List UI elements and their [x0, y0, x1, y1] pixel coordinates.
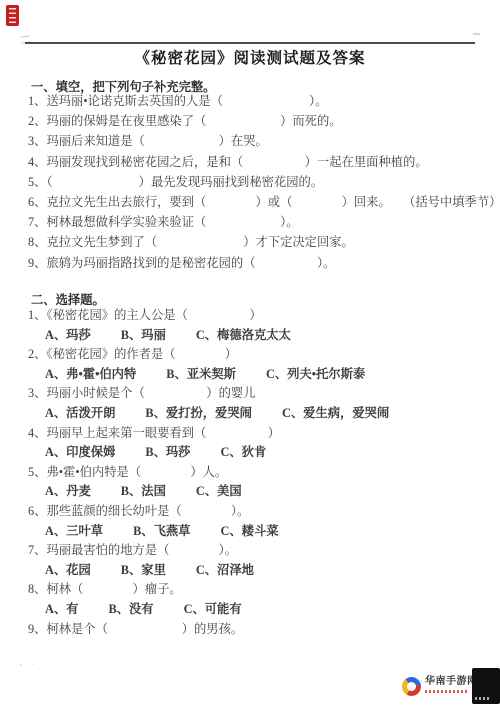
option: B、玛莎 [145, 445, 190, 459]
question-line: 7、玛丽最害怕的地方是（ ）。 [28, 541, 494, 561]
watermark: 华南手游网 [402, 676, 478, 696]
option: C、可能有 [184, 602, 242, 616]
option: C、耧斗菜 [220, 524, 278, 538]
option: A、丹麦 [45, 484, 91, 498]
option: C、爱生病，爱哭闹 [282, 406, 389, 420]
watermark-tagline [425, 690, 469, 693]
fill-item: 9、旅鸫为玛丽指路找到的是秘密花园的（ ）。 [28, 253, 494, 273]
top-rule [25, 42, 475, 44]
fill-item: 2、玛丽的保姆是在夜里感染了（ ）而死的。 [28, 111, 494, 131]
option: C、列夫•托尔斯泰 [266, 367, 365, 381]
option: A、活泼开朗 [45, 406, 115, 420]
fill-item: 5、（ ）最先发现玛丽找到秘密花园的。 [28, 172, 494, 192]
option: A、玛莎 [45, 328, 91, 342]
fill-item: 8、克拉文先生梦到了（ ）才下定决定回家。 [28, 232, 494, 252]
question-line: 1、《秘密花园》的主人公是（ ） [28, 306, 494, 326]
option-row: A、弗•霍•伯内特B、亚米契斯C、列夫•托尔斯泰 [28, 365, 494, 385]
option: C、梅德洛克太太 [196, 328, 291, 342]
option: C、狄肯 [220, 445, 266, 459]
question-line: 2、《秘密花园》的作者是（ ） [28, 345, 494, 365]
choice-list: 1、《秘密花园》的主人公是（ ）A、玛莎B、玛丽C、梅德洛克太太2、《秘密花园》… [28, 306, 494, 639]
worksheet-page: 《秘密花园》阅读测试题及答案 一、填空，把下列句子补充完整。 1、送玛丽•论诺克… [0, 0, 500, 708]
question-line: 4、玛丽早上起来第一眼要看到（ ） [28, 424, 494, 444]
option: A、弗•霍•伯内特 [45, 367, 136, 381]
option-row: A、丹麦B、法国C、美国 [28, 482, 494, 502]
option-row: A、花园B、家里C、沼泽地 [28, 561, 494, 581]
watermark-black-block [472, 668, 500, 704]
option: B、家里 [121, 563, 166, 577]
fill-item: 4、玛丽发现找到秘密花园之后，是和（ ）一起在里面种植的。 [28, 152, 494, 172]
option: B、飞燕草 [133, 524, 190, 538]
option-row: A、三叶草B、飞燕草C、耧斗菜 [28, 522, 494, 542]
option: B、爱打扮，爱哭闹 [145, 406, 252, 420]
option: A、三叶草 [45, 524, 103, 538]
option: B、没有 [108, 602, 153, 616]
option-row: A、玛莎B、玛丽C、梅德洛克太太 [28, 326, 494, 346]
option-row: A、印度保姆B、玛莎C、狄肯 [28, 443, 494, 463]
fill-item: 6、克拉文先生出去旅行，要到（ ）或（ ）回来。 （括号中填季节） [28, 192, 494, 212]
option: A、花园 [45, 563, 91, 577]
option: C、沼泽地 [196, 563, 254, 577]
fill-list: 1、送玛丽•论诺克斯去英国的人是（ ）。2、玛丽的保姆是在夜里感染了（ ）而死的… [28, 91, 494, 273]
option-row: A、活泼开朗B、爱打扮，爱哭闹C、爱生病，爱哭闹 [28, 404, 494, 424]
question-line: 6、那些蓝颜的细长幼叶是（ ）。 [28, 502, 494, 522]
fill-item: 3、玛丽后来知道是（ ）在哭。 [28, 131, 494, 151]
question-line: 8、柯林（ ）瘤子。 [28, 580, 494, 600]
option: A、印度保姆 [45, 445, 115, 459]
scan-artifact-right [473, 33, 480, 35]
option: B、玛丽 [121, 328, 166, 342]
question-line: 3、玛丽小时候是个（ ）的婴儿 [28, 384, 494, 404]
scan-artifact-bottom: 、. [19, 655, 36, 668]
page-title: 《秘密花园》阅读测试题及答案 [0, 46, 500, 68]
question-line: 9、柯林是个（ ）的男孩。 [28, 620, 494, 640]
fill-item: 7、柯林最想做科学实验来验证（ ）。 [28, 212, 494, 232]
watermark-swirl-logo-icon [402, 677, 421, 696]
watermark-text: 华南手游网 [425, 676, 478, 693]
option-row: A、有B、没有C、可能有 [28, 600, 494, 620]
option: A、有 [45, 602, 78, 616]
watermark-brand: 华南手游网 [425, 676, 478, 688]
fill-item: 1、送玛丽•论诺克斯去英国的人是（ ）。 [28, 91, 494, 111]
option: C、美国 [196, 484, 242, 498]
option: B、法国 [121, 484, 166, 498]
question-line: 5、弗•霍•伯内特是（ ）人。 [28, 463, 494, 483]
option: B、亚米契斯 [166, 367, 236, 381]
corner-stamp-icon [6, 5, 19, 26]
